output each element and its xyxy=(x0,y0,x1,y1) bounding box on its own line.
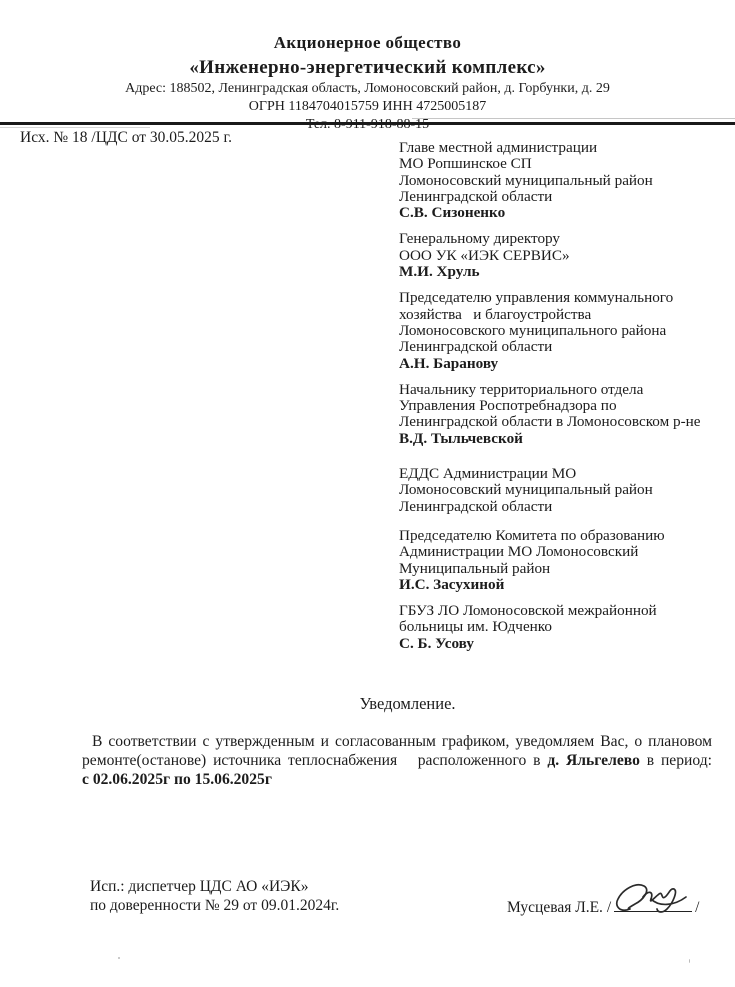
recipient-line: Ломоносовского муниципального района xyxy=(399,323,731,339)
recipient-line: Ленинградской области xyxy=(399,499,731,515)
recipient-line: Начальнику территориального отдела xyxy=(399,382,731,398)
recipient-line: МО Ропшинское СП xyxy=(399,156,731,172)
recipient-line: Управления Роспотребнадзора по xyxy=(399,398,731,414)
recipient-line: Главе местной администрации xyxy=(399,140,731,156)
recipient-line: ООО УК «ИЭК СЕРВИС» xyxy=(399,248,731,264)
recipient-block: Председателю Комитета по образованию Адм… xyxy=(399,528,731,593)
recipient-block: ГБУЗ ЛО Ломоносовской межрайонной больни… xyxy=(399,603,731,652)
signature-line xyxy=(614,896,692,912)
recipient-line: ГБУЗ ЛО Ломоносовской межрайонной xyxy=(399,603,731,619)
org-name-line2: «Инженерно-энергетический комплекс» xyxy=(0,56,735,79)
header-divider-line xyxy=(0,122,735,125)
org-address: Адрес: 188502, Ленинградская область, Ло… xyxy=(0,80,735,97)
scan-artifact-line xyxy=(0,127,150,128)
org-name-line1: Акционерное общество xyxy=(0,33,735,54)
recipient-line: Ленинградской области xyxy=(399,339,731,355)
recipient-name: А.Н. Баранову xyxy=(399,356,731,372)
signature-area: Мусцевая Л.Е. / / xyxy=(507,896,699,917)
body-text-bold: с 02.06.2025г по 15.06.2025г xyxy=(82,771,272,788)
body-text: В соответствии с утвержденным и согласов… xyxy=(92,733,712,750)
recipient-line: ЕДДС Администрации МО xyxy=(399,466,731,482)
recipient-block: Начальнику территориального отдела Управ… xyxy=(399,382,731,447)
recipient-line: Муниципальный район xyxy=(399,561,731,577)
scan-speck xyxy=(118,957,120,959)
body-paragraph: В соответствии с утвержденным и согласов… xyxy=(82,733,712,789)
recipient-block: Председателю управления коммунального хо… xyxy=(399,290,731,371)
executor-line: по доверенности № 29 от 09.01.2024г. xyxy=(90,896,339,915)
executor-line: Исп.: диспетчер ЦДС АО «ИЭК» xyxy=(90,877,339,896)
recipient-block: Генеральному директору ООО УК «ИЭК СЕРВИ… xyxy=(399,231,731,280)
recipient-line: Ленинградской области xyxy=(399,189,731,205)
recipient-line: больницы им. Юдченко xyxy=(399,619,731,635)
org-ogrn-inn: ОГРН 1184704015759 ИНН 4725005187 xyxy=(0,98,735,115)
signature-scribble xyxy=(606,876,704,918)
recipient-name: С. Б. Усову xyxy=(399,636,731,652)
body-text: ремонте(останове) источника теплоснабжен… xyxy=(82,752,547,769)
recipient-block: Главе местной администрации МО Ропшинско… xyxy=(399,140,731,221)
signer-name: Мусцевая Л.Е. xyxy=(507,899,603,916)
recipient-name: В.Д. Тыльчевской xyxy=(399,431,731,447)
recipient-name: С.В. Сизоненко xyxy=(399,205,731,221)
recipients-list: Главе местной администрации МО Ропшинско… xyxy=(399,140,731,662)
recipient-line: Ленинградской области в Ломоносовском р-… xyxy=(399,414,731,430)
scan-artifact-line xyxy=(412,118,735,119)
scan-speck xyxy=(689,959,690,963)
recipient-line: Ломоносовский муниципальный район xyxy=(399,482,731,498)
recipient-line: Председателю управления коммунального xyxy=(399,290,731,306)
outgoing-number: Исх. № 18 /ЦДС от 30.05.2025 г. xyxy=(20,129,232,147)
recipient-line: Председателю Комитета по образованию xyxy=(399,528,731,544)
recipient-line: Администрации МО Ломоносовский xyxy=(399,544,731,560)
body-text: в период: xyxy=(640,752,712,769)
doc-title: Уведомление. xyxy=(40,694,735,714)
recipient-block: ЕДДС Администрации МО Ломоносовский муни… xyxy=(399,466,731,515)
recipient-line: Ломоносовский муниципальный район xyxy=(399,173,731,189)
recipient-name: М.И. Хруль xyxy=(399,264,731,280)
body-text-bold: д. Яльгелево xyxy=(547,752,640,769)
recipient-line: Генеральному директору xyxy=(399,231,731,247)
document-page: Акционерное общество «Инженерно-энергети… xyxy=(0,0,735,987)
body-line: ремонте(останове) источника теплоснабжен… xyxy=(82,752,712,771)
body-line: В соответствии с утвержденным и согласов… xyxy=(82,733,712,752)
executor-info: Исп.: диспетчер ЦДС АО «ИЭК» по доверенн… xyxy=(90,877,339,915)
recipient-line: хозяйства и благоустройства xyxy=(399,307,731,323)
recipient-name: И.С. Засухиной xyxy=(399,577,731,593)
body-line-period: с 02.06.2025г по 15.06.2025г xyxy=(82,771,712,790)
scan-speck xyxy=(436,641,438,643)
